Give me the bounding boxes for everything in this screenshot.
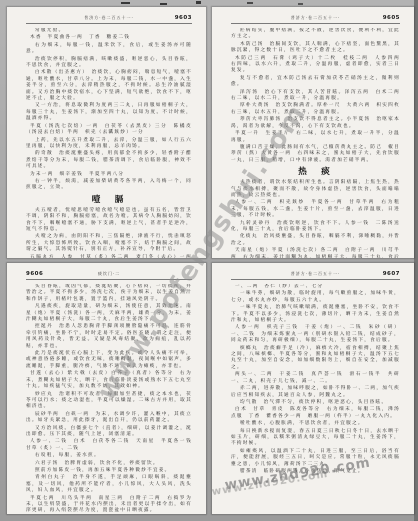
text-line: 此乃是痰涎伏在心膈上下，变为此疾。或令人头痛不可举，或神意昏倦多睡，或饮食无味，… [26, 351, 192, 370]
scan-artifact [121, 2, 130, 4]
text-line: 人参一、二钱 白术 白茯苓各二钱 天南星 半夏各一钱 甘草（炙）一、二钱 [26, 439, 192, 452]
page-bottom-left: 9606 痰饮门·二 头目昏眩，或因气郁，痰涎结聚，心下痞闷，一切痰疾，并皆治之… [7, 263, 206, 514]
text-line: 如瘫痪风，以温酒下二十丸，日进三服，至三日后，浴当有汗，便能舒展，服经三五日，呵… [231, 449, 400, 468]
text-line: 右为细末，每服一钱，温米饮下，食后，或生姜汤亦可随意。 [26, 43, 192, 56]
text-line: 每日换新水搅而复澄，春五日夏三日秋七日冬十日，去水晒干如玉片，研细，以糯米粥清丸… [231, 429, 400, 448]
page-number: 9607 [383, 270, 400, 278]
scan-artifact [298, 3, 303, 5]
text-line: 青州白丸子 治半身不遂，手足顽麻，口眼㖞斜，痰涎壅塞，及一切风，他药所不能疗者，… [26, 475, 192, 494]
page-header: 普济方·卷二百五十一· 9603 [26, 14, 192, 24]
text-line: 半夏一升 生姜半斤 右二味，以水七升，煮取一升半，分温再服。 [231, 131, 400, 144]
text-line: 嗳吐酸水，心腹胀满，不思饮食者，并宜服之。 [231, 421, 400, 427]
text-line: 又方治风痰。白僵蚕七个（直者），细研，以姜汁调灌之，涎出即愈。压下其痰，随气上逆… [26, 426, 192, 439]
running-title: 普济方·卷二百五十一· [231, 270, 400, 278]
page-body-text: 常服尤验。木香 半夏曲各一两 丁香 糖姜二钱右为细末，每服一钱，温米饮下，食后，… [26, 28, 192, 258]
text-line: 一、二两 杏仁（炒）去一、七分 [231, 284, 400, 290]
page-body-text: 疟病结实，腹中痞满，按之不散，逆害饮食，便利不利，宜此方主之。木防己汤 治膈间支… [231, 28, 400, 258]
text-line: 又一方治，将息取微利为度两三二丸，日再服如梧桐子大，每服三十丸，生姜汤下，渐加至… [26, 103, 192, 122]
text-line: 厚朴大黄汤 治支饮胸满者。厚朴一尺 大黄六两 枳实四枚 右三味，以水五升，煮取二… [231, 103, 400, 116]
text-line: 上药，先以水五升煮取二升，去滓，分温三服，如人行五六里再服，以快利为度，未利再服… [26, 138, 192, 151]
text-line: 两头一、二两 干姜二钱 真芦荟一钱 滑石一钱半 共研一、二丸，枳壳子儿七钱，减一… [231, 372, 400, 385]
text-line: 夫噎之为病，由阴阳不和，三焦隔绝，津液不行，忧恚嗔怒所生，大惊恐怖所致。饮食入咽… [26, 234, 192, 253]
text-line: 妙应丸 治诸积不可攻者。每服加至甚捷，痰之本水也，茯苓可以行水；痰之动湿也，半夏… [26, 392, 192, 411]
text-line: 人参一、二两 枳壳麸炒 半夏各一两 甘草半两 右为粗末，每服五钱，水二盏，生姜十… [231, 200, 400, 219]
text-line: 复与不愈者，宜木防己汤去石膏加茯苓芒硝汤主之，微利则愈。 [231, 76, 400, 89]
text-line: 照前方加陈皮一钱，再加五味半夏各种微炒不宜姜。 [26, 468, 192, 474]
text-line: 右㕮咀，每服，姜水煎。 [26, 453, 192, 459]
text-line: 木防己三两 石膏（鸡子大）十二枚 桂枝二两 人参四两 右四味，以水六升，煮取二升… [231, 56, 400, 75]
running-title: 痰饮门·二 [26, 270, 192, 278]
running-title: 普济方·卷二百五十一· [231, 14, 400, 22]
text-line: 一味半夏丸，治肺气咳嗽喘满，痰涎壅塞，坐卧不安，饮食不下。半夏不以多少，汤浸洗七… [231, 305, 400, 324]
text-line: 天南星（炮）半夏（汤洗七次）各二两 白附子一两 川芎半两 右为细末，姜汁面糊为丸… [231, 248, 400, 258]
text-line: 五膈丸方 人参 甘草（炙）各二两 麦门冬（去心）一两 椒（汗）附子（炮）干姜 远… [26, 255, 192, 258]
text-line: 凡遇痰疾，旋取适量，研为细末，汤使任意，其效尤速。南星（炮）半夏（汤洗）各一两，… [26, 304, 192, 323]
page-number: 9603 [175, 14, 192, 22]
page-bottom-right: 普济方·卷二百五十一· 9607 一、二两 杏仁（炒）去一、七分一味牛蒡，细研为… [212, 263, 414, 514]
text-line: 一味牛蒡，细研为散，临时旋用，每气嗽煎服之，加味牛黄，七分，或水丸亦妙，每服五六… [231, 291, 400, 304]
text-line: 人参一两 枳壳子三钱 干姜（炮）一、二钱 朱砂（研）一、二钱 为细末炼蜜丸一两（… [231, 325, 400, 344]
text-line: 控涎丹 治患人忽患胸背手脚颈项腰胯隐痛不可忍，连筋骨牵引钓痛，坐卧不宁，时时走易… [26, 324, 192, 350]
text-line: 白术 甘草 青皮 陈皮各等分 右为细末，每服二钱，沸汤点服 丁香 藿香各少一两 … [231, 407, 400, 420]
section-heading: 噎 膈 [26, 195, 192, 206]
text-line: 治痰饮停积，胸膈痞满，咳嗽痰盛，呕逆恶心，头目昏眩，不思饮食，并宜服之。 [26, 57, 192, 70]
text-line: 疟病结实，腹中痞满，按之不散，逆害饮食，便利不利，宜此方主之。 [231, 28, 400, 41]
text-line: 六君子汤 治脾胃虚弱，饮食不化，停痰留饮。 [26, 461, 192, 467]
page-header: 普济方·卷二百五十一· 9605 [231, 14, 400, 24]
text-line: 的奇散 治痰涎壅盛头疼，用真郁金不拘多少，轻香附子醋煮焙干等分为末，每服二钱，腊… [26, 151, 192, 170]
page-top-left: 普济方·卷二百五十一· 9603 常服尤验。木香 半夏曲各一两 丁香 糖姜二钱右… [7, 7, 206, 258]
text-line: 葶苈大枣泻肺汤 治支饮不得息者主之。小半夏汤 治呕家本渴，渴者为欲解，今反不渴，… [231, 117, 400, 130]
text-line: 辰砂半两 白矾一两 为末，水调少许，灌入喉中，其痰立出。如牙关紧急，用此擦牙，涎… [26, 412, 192, 425]
text-line: 木香 半夏曲各一两 丁香 糖姜二钱 [26, 35, 192, 41]
page-header: 普济方·卷二百五十一· 9607 [231, 270, 400, 280]
text-line: 腊茶清 临卧研服两钱，小腹焦急，顺气宽止。 [231, 469, 400, 475]
text-line: 为末一两 细辛姜钱 半夏半两八分 [26, 172, 192, 178]
page-body-text: 头目昏眩，或因气郁，痰涎结聚，心下痞闷，一切痰疾，并皆治之。半夏不拘多少，汤洗七… [26, 284, 192, 514]
scan-artifact [247, 2, 253, 4]
text-line: 赤二两，进养散，加味呼服之，如卧不得卧一、二两，加气疾后应当相知疾去，其通百众人… [231, 386, 400, 399]
text-line: 均气散 治气滞不匀，痰饮停积，呕逆恶心，头目昏眩。 [231, 400, 400, 406]
scan-edge-shadow [414, 0, 418, 521]
text-line: 半夏（汤洗七次焙）一两 白茯苓（去黑皮）三分 陈橘皮（汤浸去白焙）半两 枳壳（去… [26, 124, 192, 137]
section-heading: 热 痰 [231, 167, 400, 178]
scan-artifact [160, 3, 167, 5]
page-header: 9606 痰饮门·二 [26, 270, 192, 280]
text-line: 泽泻汤 治心下有支饮，其人苦冒眩。泽泻五两 白术二两 右二味，以水二升，煮取一升… [231, 90, 400, 103]
text-line: 化痰丸 治风痰壅盛，头目昏眩，咽膈不利，涕唾稠黏，并皆治之。 [231, 234, 400, 247]
text-line: 常服尤验。 [26, 28, 192, 34]
text-line: 甘遂（去心）紫大戟（去皮）白芥子（真者）各等分 右为末，煮糊丸如梧子大，晒干，食… [26, 371, 192, 390]
page-top-right: 普济方·卷二百五十一· 9605 疟病结实，腹中痞满，按之不散，逆害饮食，便利不… [212, 7, 414, 258]
text-line: 木防己汤 治膈间支饮，其人喘满，心下痞坚，面色黧黑，其脉沉紧，得之数十日，医吐下… [231, 42, 400, 55]
text-line: 右一钟半，烦渴，减姜加柴胡黄芩各半两，入乌梅一个，同煎服之，立效。 [26, 179, 192, 192]
text-line: 腹满口舌干燥，此肠间有水气，己椒苈黄丸主之。防己 椒目 葶苈（熬）大黄各一两 右… [231, 145, 400, 164]
text-line: 头目昏眩，或因气郁，痰涎结聚，心下痞闷，一切痰疾，并皆治之。半夏不拘多少，汤洗七… [26, 284, 192, 303]
text-line: 九转灵砂丹 治痰饮呕逆，饮食不下。人参一钱 二陈汤送化，每服三十丸，食后临卧姜汤… [231, 221, 400, 234]
scan-artifact [196, 1, 201, 4]
running-title: 普济方·卷二百五十一· [26, 14, 192, 22]
text-line: 夫五噎者，忧噎思噎劳噎食噎气噎是也。虽有五名，皆营卫不调，阴阳不和，胸膈痞塞，故… [26, 208, 192, 234]
text-line: 半夏七两 川乌头半两 南星三两 白附子二两 右捣罗为末，以生绢袋盛，于井花水内摆… [26, 496, 192, 514]
page-body-text: 一、二两 杏仁（炒）去一、七分一味牛蒡，细研为散，临时旋用，每气嗽煎服之，加味牛… [231, 284, 400, 476]
text-line: 槟榔丸 治痰癖手足（冷），麻痹大冷，宿食相搏，结聚上焦之间，八味槟榔、半夏各等分… [231, 346, 400, 372]
page-number: 9606 [26, 270, 43, 278]
text-line: 白术散（出圣惠方） 治痰饮，心胸痞闷，喘息短气，噎塞不通，呕吐酸水，甘草八分。上… [26, 70, 192, 102]
page-number: 9605 [383, 14, 400, 22]
text-line: 夫热痰者，谓饮水浆结积所生也。言阴阳痞隔，上焦生热，热气与痰水相搏，聚而不散，故… [231, 180, 400, 199]
